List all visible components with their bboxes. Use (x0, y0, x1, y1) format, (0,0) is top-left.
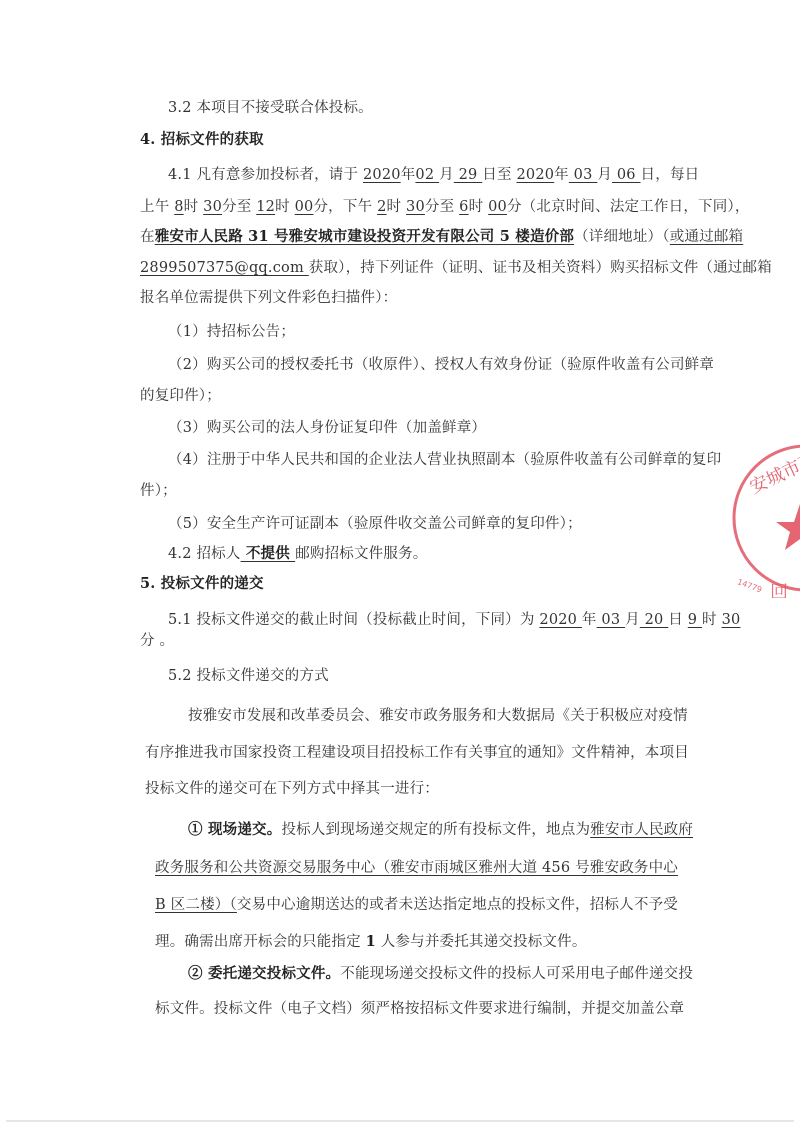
deadline-month: 03 (597, 612, 625, 628)
svg-text:14779: 14779 (736, 577, 763, 594)
company-seal-stamp: 安城市建 14779 回 (728, 438, 800, 598)
email-note: 或通过邮箱 (670, 229, 744, 245)
text: （2）购买公司的授权委托书（收原件）、授权人有效身份证（验原件收盖有公司鲜章 (168, 357, 714, 373)
text: 年 (401, 167, 416, 183)
text: 人参与并委托其递交投标文件。 (376, 934, 587, 950)
list-item-3: （3）购买公司的法人身份证复印件（加盖鲜章） (168, 416, 486, 437)
text: 交易中心逾期送达的或者未送达指定地点的投标文件，招标人不予受 (237, 897, 678, 913)
text: 5.1 投标文件递交的截止时间（投标截止时间，下同）为 (168, 612, 539, 628)
deadline-hour: 9 (688, 612, 702, 628)
text: （1）持招标公告； (168, 324, 295, 340)
text: 不能现场递交投标文件的投标人可采用电子邮件递交投 (340, 966, 693, 982)
text: 报名单位需提供下列文件彩色扫描件）： (140, 290, 397, 306)
text: 有序推进我市国家投资工程建设项目招投标工作有关事宜的通知》文件精神，本项目 (145, 745, 689, 761)
clause-3-2: 3.2 本项目不接受联合体投标。 (168, 96, 373, 117)
text: 分（北京时间、法定工作日，下同）， (507, 199, 750, 215)
text: 投标人到现场递交规定的所有投标文件，地点为 (281, 822, 590, 838)
hour: 2 (377, 199, 386, 215)
text: 投标文件的递交可在下列方式中择其一进行： (145, 781, 439, 797)
list-item-2-cont: 的复印件）； (140, 384, 221, 405)
start-year: 2020 (363, 167, 401, 183)
document-page: 3.2 本项目不接受联合体投标。 4. 招标文件的获取 4.1 凡有意参加投标者… (0, 0, 800, 1131)
text: 日至 (482, 167, 516, 183)
count: 1 (366, 933, 376, 950)
minute: 30 (203, 199, 222, 215)
paragraph-line: 按雅安市发展和改革委员会、雅安市政务服务和大数据局《关于积极应对疫情 (188, 704, 688, 725)
hour: 6 (459, 199, 468, 215)
venue-address: B 区二楼）（ (155, 897, 237, 913)
text: 分，下午 (313, 199, 377, 215)
text: （详细地址）（ (574, 229, 670, 245)
option-title: ② 委托递交投标文件。 (188, 965, 340, 982)
text: 4.1 凡有意参加投标者，请于 (168, 167, 363, 183)
text: 月 (597, 167, 612, 183)
text: 获取），持下列证件（证明、证书及相关资料）购买招标文件（通过邮箱 (309, 260, 772, 276)
minute: 00 (295, 199, 314, 215)
text: （4）注册于中华人民共和国的企业法人营业执照副本（验原件收盖有公司鲜章的复印 (168, 452, 721, 468)
email-line: 2899507375@qq.com 获取），持下列证件（证明、证书及相关资料）购… (140, 256, 772, 277)
text: 5.2 投标文件递交的方式 (168, 668, 329, 684)
text: 3.2 本项目不接受联合体投标。 (168, 100, 373, 116)
text: 理。确需出席开标会的只能指定 (155, 934, 366, 950)
text: 件）； (140, 483, 177, 499)
venue-address: 政务服务和公共资源交易服务中心（雅安市雨城区雅州大道 456 号雅安政务中心 (155, 860, 678, 876)
text: 月 (625, 612, 640, 628)
text: 4.2 招标人 (168, 546, 241, 562)
deadline-minute: 30 (722, 612, 741, 628)
end-month: 03 (569, 167, 597, 183)
text: 在 (140, 229, 155, 245)
option-2: ② 委托递交投标文件。不能现场递交投标文件的投标人可采用电子邮件递交投 (188, 962, 693, 983)
text: 年 (582, 612, 597, 628)
clause-4-1: 4.1 凡有意参加投标者，请于 2020年02 月 29 日至 2020年 03… (168, 163, 699, 184)
text-line: 报名单位需提供下列文件彩色扫描件）： (140, 286, 397, 307)
address-line: 在雅安市人民路 31 号雅安城市建设投资开发有限公司 5 楼造价部（详细地址）（… (140, 225, 743, 246)
text: 时 (387, 199, 407, 215)
text: 月 (439, 167, 454, 183)
option-2-cont: 标文件。投标文件（电子文档）须严格按招标文件要求进行编制，并提交加盖公章 (155, 997, 684, 1018)
page-edge-line (6, 1120, 794, 1122)
hours-line: 上午 8时 30分至 12时 00分，下午 2时 30分至 6时 00分（北京时… (140, 195, 750, 216)
start-month: 02 (415, 167, 439, 183)
text: （5）安全生产许可证副本（验原件收交盖公司鲜章的复印件）； (168, 516, 582, 532)
text: 时 (275, 199, 295, 215)
option-1: ① 现场递交。投标人到现场递交规定的所有投标文件，地点为雅安市人民政府 (188, 818, 693, 839)
list-item-4-cont: 件）； (140, 479, 177, 500)
section-heading: 4. 招标文件的获取 (140, 131, 264, 148)
text: 时 (702, 612, 722, 628)
text: 时 (469, 199, 489, 215)
text: （3）购买公司的法人身份证复印件（加盖鲜章） (168, 420, 486, 436)
list-item-2: （2）购买公司的授权委托书（收原件）、授权人有效身份证（验原件收盖有公司鲜章 (168, 353, 714, 374)
text: 邮购招标文件服务。 (295, 546, 427, 562)
purchase-address: 雅安市人民路 31 号雅安城市建设投资开发有限公司 5 楼造价部 (155, 228, 574, 245)
clause-4-2: 4.2 招标人 不提供 邮购招标文件服务。 (168, 542, 428, 563)
deadline-day: 20 (640, 612, 668, 628)
svg-text:回: 回 (770, 582, 788, 598)
option-title: ① 现场递交。 (188, 821, 281, 838)
svg-text:安城市建: 安城市建 (746, 449, 800, 498)
end-year: 2020 (516, 167, 554, 183)
paragraph-line: 有序推进我市国家投资工程建设项目招投标工作有关事宜的通知》文件精神，本项目 (145, 741, 689, 762)
section-heading: 5. 投标文件的递交 (140, 575, 264, 592)
text: 时 (184, 199, 204, 215)
email-address-link[interactable]: 2899507375@qq.com (140, 260, 309, 276)
text: 分 。 (140, 633, 174, 649)
text: 标文件。投标文件（电子文档）须严格按招标文件要求进行编制，并提交加盖公章 (155, 1001, 684, 1017)
not-provided: 不提供 (241, 545, 296, 562)
text: 的复印件）； (140, 388, 221, 404)
clause-5-2: 5.2 投标文件递交的方式 (168, 664, 329, 685)
hour: 12 (256, 199, 275, 215)
text: 按雅安市发展和改革委员会、雅安市政务服务和大数据局《关于积极应对疫情 (188, 708, 688, 724)
hour: 8 (174, 199, 183, 215)
deadline-year: 2020 (539, 612, 582, 628)
text: 日，每日 (641, 167, 700, 183)
option-1-cont: B 区二楼）（交易中心逾期送达的或者未送达指定地点的投标文件，招标人不予受 (155, 893, 678, 914)
start-day: 29 (454, 167, 482, 183)
minute: 30 (406, 199, 425, 215)
list-item-5: （5）安全生产许可证副本（验原件收交盖公司鲜章的复印件）； (168, 512, 582, 533)
heading-section-4: 4. 招标文件的获取 (140, 128, 264, 149)
text: 上午 (140, 199, 174, 215)
heading-section-5: 5. 投标文件的递交 (140, 572, 264, 593)
clause-5-1-cont: 分 。 (140, 629, 174, 650)
text: 分至 (425, 199, 459, 215)
end-day: 06 (612, 167, 640, 183)
text: 年 (554, 167, 569, 183)
venue-address: 雅安市人民政府 (590, 822, 693, 838)
list-item-1: （1）持招标公告； (168, 320, 295, 341)
text: 日 (668, 612, 688, 628)
option-1-cont: 理。确需出席开标会的只能指定 1 人参与并委托其递交投标文件。 (155, 930, 587, 951)
list-item-4: （4）注册于中华人民共和国的企业法人营业执照副本（验原件收盖有公司鲜章的复印 (168, 448, 721, 469)
minute: 00 (488, 199, 507, 215)
clause-5-1: 5.1 投标文件递交的截止时间（投标截止时间，下同）为 2020 年 03 月 … (168, 608, 740, 629)
text: 分至 (222, 199, 256, 215)
option-1-cont: 政务服务和公共资源交易服务中心（雅安市雨城区雅州大道 456 号雅安政务中心 (155, 856, 678, 877)
paragraph-line: 投标文件的递交可在下列方式中择其一进行： (145, 777, 439, 798)
